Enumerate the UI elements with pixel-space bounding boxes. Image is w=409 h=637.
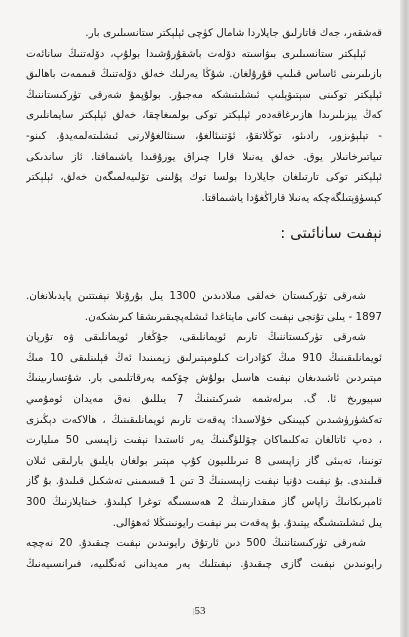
- text-line: بازىلىرىنى ئاساس قىلىپ قۇرۇلغان. شۇڭا يە…: [26, 64, 382, 85]
- text-line: شەرقى تۈركىستاننىڭ تارىم ئويمانلىقى، جۇڭ…: [26, 327, 382, 348]
- paragraph-block-oil: شەرقى تۈركىستان خەلقى مىلادىدىن 1300 يىل…: [26, 286, 382, 574]
- text-line: ئويمانلىقىنىڭ 910 مىڭ كۋادرات كىلومېتىرل…: [26, 348, 382, 369]
- text-line: ئېلېكتر ستانسىلىرى بىۋاسىتە دۆلەت باشقۇر…: [26, 44, 382, 65]
- text-line: تىياتىرخانىلار يوق. خەلق يەنىلا قارا چىر…: [26, 147, 382, 168]
- text-line: رايونىدىن نېفىت گازى چىقىدۇ. نېفىتلىك يە…: [26, 554, 382, 575]
- text-line: - تېلېۋىزور، رادىئو، توڭلاتقۇ، ئۆتنىئالغ…: [26, 126, 382, 147]
- text-line: مېتىردىن ئاشىدىغان نېفىت ھاسىل بولۇش چۆك…: [26, 368, 382, 389]
- text-line: سېيورىخ ئا. گ. بىرلەشمە شىركىتىنىڭ 7 يىل…: [26, 389, 382, 410]
- text-line: ئېلېكتر توكى تارتىلغان جايلاردا بولسا تو…: [26, 167, 382, 188]
- text-line: ئامېرىكانىڭ زاپاس گاز مىقدارىنىڭ 2 ھەسسى…: [26, 492, 382, 513]
- text-line: قەشقەر، جەك قاتارلىق جايلاردا شامال كۈچى…: [26, 23, 382, 44]
- text-line: قىلىندى. بۇ نېفىت دۇنيا نېفىت زاپىسىنىڭ …: [26, 471, 382, 492]
- section-heading-oil-industry: نېفىت سانائىتى :: [280, 224, 382, 242]
- text-line: شەرقى تۈركىستاننىڭ 500 دىن ئارتۇق رايونى…: [26, 533, 382, 554]
- book-page: قەشقەر، جەك قاتارلىق جايلاردا شامال كۈچى…: [0, 0, 400, 637]
- text-line: يىل ئىشلىتىشىگە يېتىدۇ. بۇ پەقەت بىر نېف…: [26, 513, 382, 534]
- text-line: شەرقى تۈركىستان خەلقى مىلادىدىن 1300 يىل…: [26, 286, 382, 307]
- page-number: 53: [0, 605, 400, 617]
- text-line: ، دەپ ئاتالغان تەكلىماكان چۆللۈگىنىڭ يەر…: [26, 430, 382, 451]
- text-line: تەكشۈرۈشىدىن كېيىنكى خۇلاسىدا: پەقەت تار…: [26, 410, 382, 431]
- text-line: ئېلېكتر توكىنى سېتىۋېلىپ ئىشلىتىشكە مەجب…: [26, 85, 382, 106]
- text-line: كەڭ يېزىلىرىدا ھازىرغاقەدەر ئېلېكتر توكى…: [26, 105, 382, 126]
- paragraph-block-electricity: قەشقەر، جەك قاتارلىق جايلاردا شامال كۈچى…: [26, 23, 382, 208]
- text-line: 1897 - يىلى تۇنجى نېفىت كانى مايتاغدا ئى…: [26, 307, 382, 328]
- text-line: تونىنا، تەبىئى گاز زاپىسى 8 تىرىللىيون ك…: [26, 451, 382, 472]
- page-edge-shadow: [400, 0, 409, 637]
- text-line: كېسۈۋېتىلگەچكە يەنىلا قاراڭغۇدا ياشىماقت…: [26, 188, 382, 209]
